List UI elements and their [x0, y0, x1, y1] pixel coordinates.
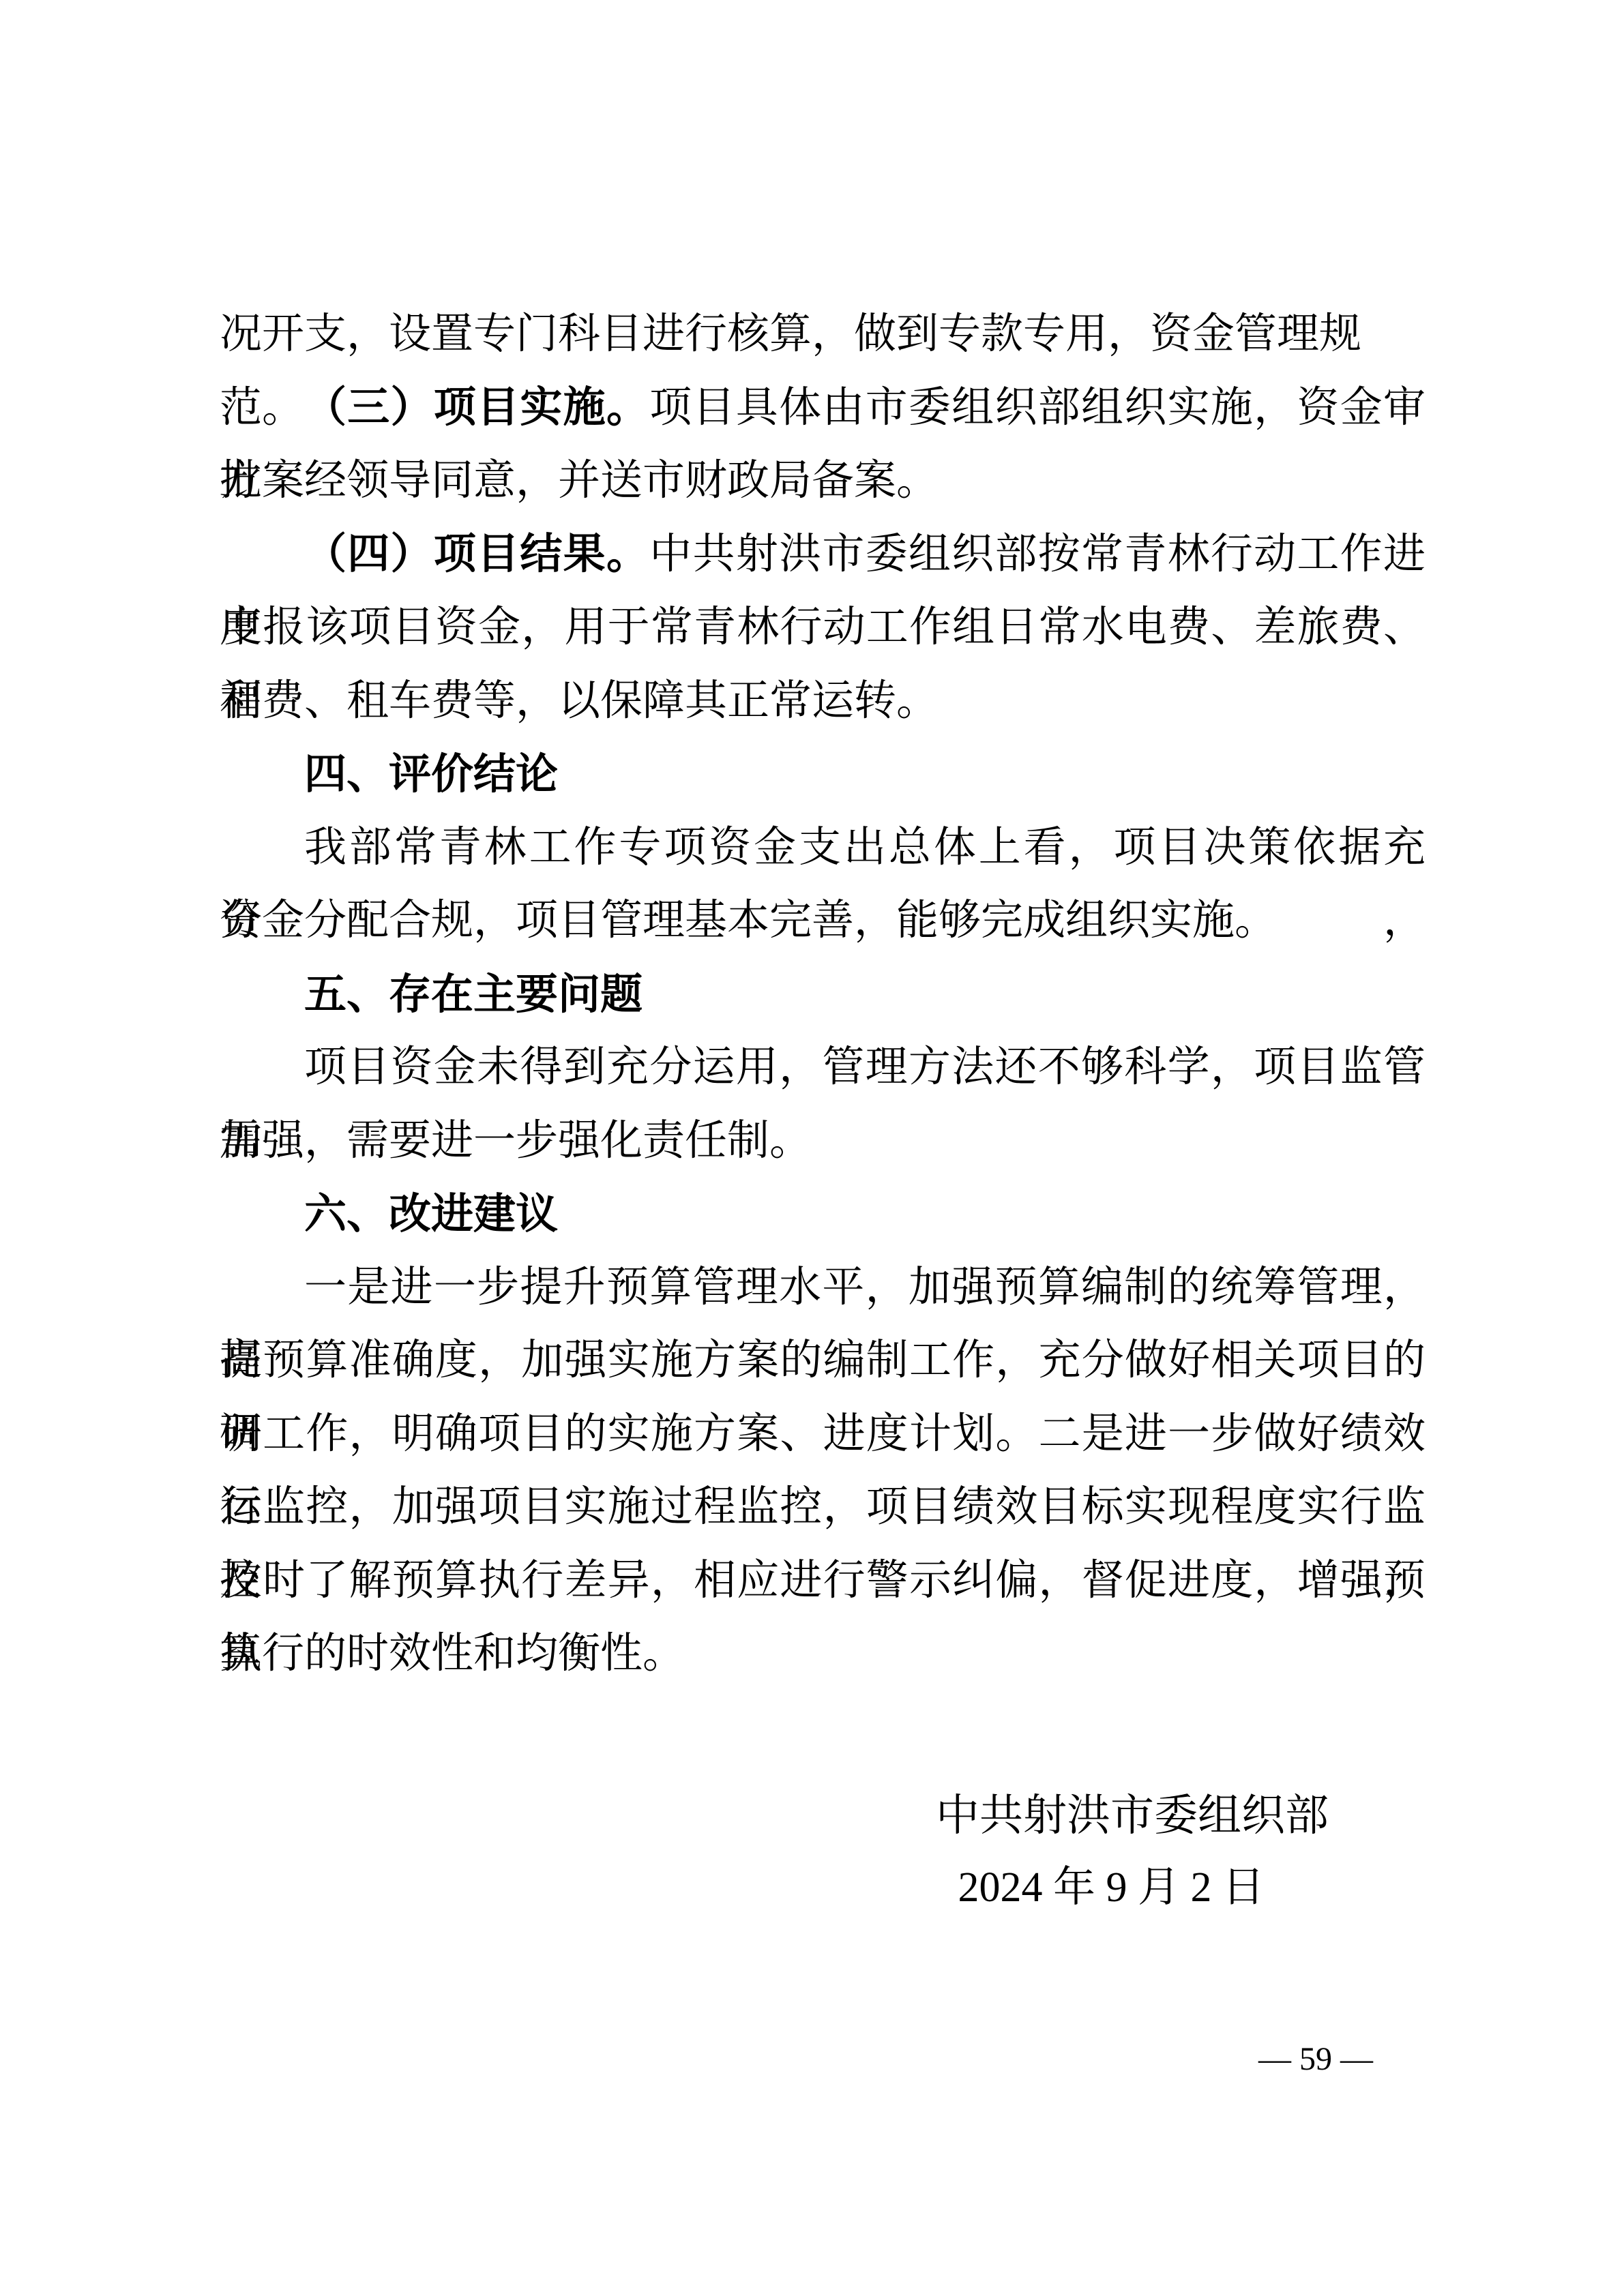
- body-line: 加强，需要进一步强化责任制。: [220, 1105, 1426, 1178]
- section-heading: 六、改进建议: [220, 1178, 1426, 1251]
- body-line: 利费、租车费等，以保障其正常运转。: [220, 665, 1426, 739]
- document-page: 况开支，设置专门科目进行核算，做到专款专用，资金管理规范。（三）项目实施。项目具…: [0, 0, 1624, 2296]
- section-heading: 四、评价结论: [220, 738, 1426, 811]
- body-line: （四）项目结果。中共射洪市委组织部按常青林行动工作进度: [220, 518, 1426, 592]
- body-line: 况开支，设置专门科目进行核算，做到专款专用，资金管理规范。: [220, 298, 1426, 372]
- text-segment: 方案经领导同意，并送市财政局备案。: [220, 458, 939, 504]
- text-segment: 五、存在主要问题: [304, 971, 643, 1018]
- body-line: 项目资金未得到充分运用，管理方法还不够科学，项目监管需: [220, 1031, 1426, 1105]
- body-line: 我部常青林工作专项资金支出总体上看，项目决策依据充分，: [220, 811, 1426, 885]
- page-number: — 59 —: [1258, 2039, 1373, 2080]
- body-line: （三）项目实施。项目具体由市委组织部组织实施，资金审批: [220, 372, 1426, 445]
- text-segment: 利费、租车费等，以保障其正常运转。: [220, 678, 939, 724]
- text-segment: 资金分配合规，项目管理基本完善，能够完成组织实施。: [220, 897, 1277, 944]
- body-line: 执行的时效性和均衡性。: [220, 1617, 1426, 1691]
- body-line: 高预算准确度，加强实施方案的编制工作，充分做好相关项目的调: [220, 1324, 1426, 1398]
- body-line: 方案经领导同意，并送市财政局备案。: [220, 445, 1426, 518]
- body-line: 研工作，明确项目的实施方案、进度计划。二是进一步做好绩效运: [220, 1398, 1426, 1472]
- document-body: 况开支，设置专门科目进行核算，做到专款专用，资金管理规范。（三）项目实施。项目具…: [220, 298, 1426, 1691]
- text-segment: （三）项目实施。: [304, 385, 649, 431]
- body-line: 一是进一步提升预算管理水平，加强预算编制的统筹管理，提: [220, 1251, 1426, 1325]
- body-line: 资金分配合规，项目管理基本完善，能够完成组织实施。: [220, 884, 1426, 958]
- body-line: 申报该项目资金，用于常青林行动工作组日常水电费、差旅费、福: [220, 591, 1426, 665]
- date: 2024 年 9 月 2 日: [958, 1851, 1265, 1925]
- body-line: 及时了解预算执行差异，相应进行警示纠偏，督促进度，增强预算: [220, 1545, 1426, 1618]
- text-segment: 六、改进建议: [304, 1191, 558, 1238]
- signature: 中共射洪市委组织部: [936, 1779, 1329, 1853]
- section-heading: 五、存在主要问题: [220, 958, 1426, 1032]
- body-line: 行监控，加强项目实施过程监控，项目绩效目标实现程度实行监控，: [220, 1471, 1426, 1545]
- text-segment: 执行的时效性和均衡性。: [220, 1630, 685, 1677]
- text-segment: 四、评价结论: [304, 751, 558, 798]
- text-segment: 加强，需要进一步强化责任制。: [220, 1118, 812, 1164]
- text-segment: （四）项目结果。: [304, 531, 649, 578]
